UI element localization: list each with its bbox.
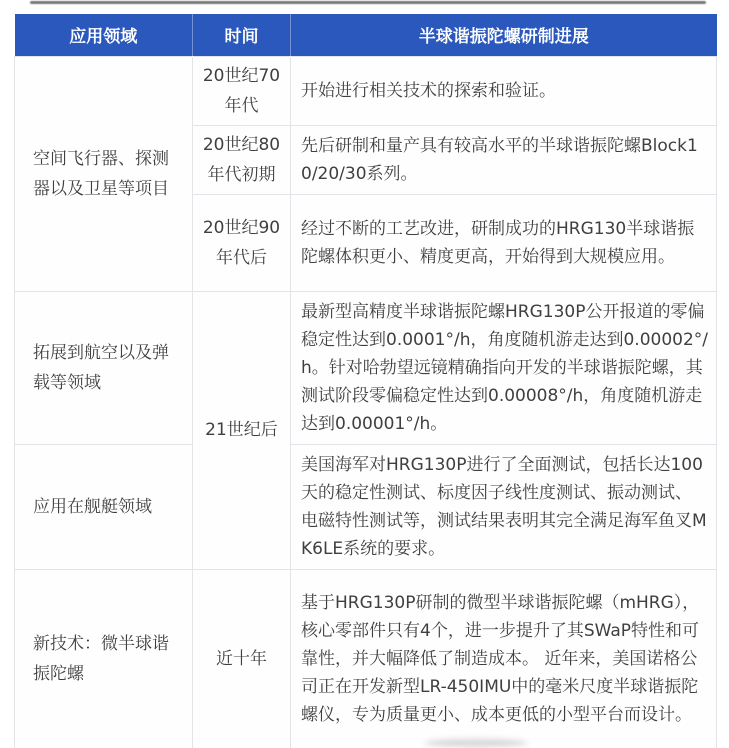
cell-progress-1980s: 先后研制和量产具有较高水平的半球谐振陀螺Block10/20/30系列。 [291,125,717,194]
table-body: 空间飞行器、探测器以及卫星等项目 20世纪70年代 开始进行相关技术的探索和验证… [15,56,717,748]
table-header: 应用领域 时间 半球谐振陀螺研制进展 [15,14,717,56]
cell-time-1990s: 20世纪90年代后 [193,194,291,291]
cell-field-aviation-missile: 拓展到航空以及弹载等领域 [15,291,193,444]
page: { "colors": { "header_bg": "#2a58bd", "h… [0,0,729,748]
bottom-artifact-smudge [424,739,528,747]
header-col-progress: 半球谐振陀螺研制进展 [291,14,717,56]
cell-field-space-projects: 空间飞行器、探测器以及卫星等项目 [15,56,193,291]
header-col-time: 时间 [193,14,291,56]
cell-time-1970s: 20世纪70年代 [193,56,291,125]
header-row: 应用领域 时间 半球谐振陀螺研制进展 [15,14,717,56]
hrg-progress-table: 应用领域 时间 半球谐振陀螺研制进展 空间飞行器、探测器以及卫星等项目 20世纪… [14,14,717,748]
table-row: 新技术：微半球谐振陀螺 近十年 基于HRG130P研制的微型半球谐振陀螺（mHR… [15,569,717,748]
top-border-line [30,1,706,4]
cell-field-naval: 应用在舰艇领域 [15,444,193,569]
cell-time-1980s: 20世纪80年代初期 [193,125,291,194]
cell-progress-1970s: 开始进行相关技术的探索和验证。 [291,56,717,125]
table-row: 拓展到航空以及弹载等领域 21世纪后 最新型高精度半球谐振陀螺HRG130P公开… [15,291,717,444]
table-row: 空间飞行器、探测器以及卫星等项目 20世纪70年代 开始进行相关技术的探索和验证… [15,56,717,125]
cell-progress-1990s: 经过不断的工艺改进，研制成功的HRG130半球谐振陀螺体积更小、精度更高，开始得… [291,194,717,291]
cell-time-21st-century: 21世纪后 [193,291,291,569]
cell-time-recent-decade: 近十年 [193,569,291,748]
cell-progress-21st-aviation: 最新型高精度半球谐振陀螺HRG130P公开报道的零偏稳定性达到0.0001°/h… [291,291,717,444]
cell-progress-recent-decade: 基于HRG130P研制的微型半球谐振陀螺（mHRG），核心零部件只有4个，进一步… [291,569,717,748]
hrg-progress-table-wrap: 应用领域 时间 半球谐振陀螺研制进展 空间飞行器、探测器以及卫星等项目 20世纪… [14,14,716,748]
table-row: 应用在舰艇领域 美国海军对HRG130P进行了全面测试，包括长达100天的稳定性… [15,444,717,569]
cell-field-new-tech-mhrg: 新技术：微半球谐振陀螺 [15,569,193,748]
header-col-application-field: 应用领域 [15,14,193,56]
cell-progress-21st-naval: 美国海军对HRG130P进行了全面测试，包括长达100天的稳定性测试、标度因子线… [291,444,717,569]
